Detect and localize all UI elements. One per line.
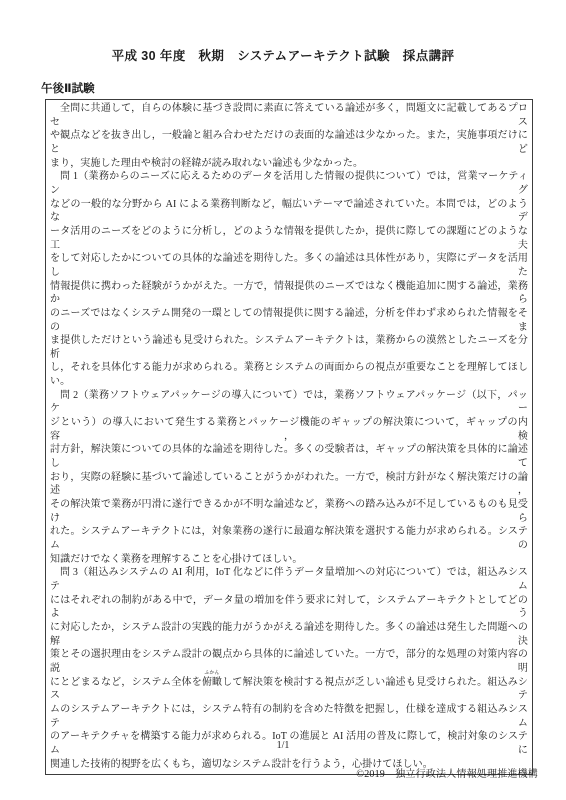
commentary-line: 問 1（業務からのニーズに応えるためのデータを活用した情報の提供について）では，… (50, 170, 528, 197)
commentary-line: や観点などを抜き出し，一般論と組み合わせただけの表面的な論述は少なかった。また，… (50, 129, 528, 156)
commentary-line: 問 2（業務ソフトウェアパッケージの導入について）では，業務ソフトウェアパッケー… (50, 389, 528, 416)
commentary-line: ータ活用のニーズをどのように分析し，どのような情報を提供したか，提供に際しての課… (50, 225, 528, 252)
commentary-line: をして対応したかについての具体的な論述を期待した。多くの論述は具体性があり，実際… (50, 252, 528, 279)
furigana: ふかん (205, 671, 220, 676)
commentary-line: れた。システムアーキテクトには，対象業務の遂行に最適な解決策を選択する能力が求め… (50, 525, 528, 552)
commentary-line: 策とその選択理由をシステム設計の観点から具体的に論述していた。一方で，部分的な処… (50, 648, 528, 675)
commentary-paragraph: 全問に共通して，自らの体験に基づき設問に素直に答えている論述が多く，問題文に記載… (50, 102, 528, 170)
commentary-line: おり，実際の経験に基づいて論述していることがうかがわれた。一方で，検討方針がなく… (50, 471, 528, 498)
commentary-line: ジという）の導入において発生する業務とパッケージ機能のギャップの解決策について，… (50, 416, 528, 443)
page-number: 1/1 (0, 740, 566, 751)
page-title: 平成 30 年度 秋期 システムアーキテクト試験 採点講評 (0, 46, 566, 64)
commentary-line: 討方針，解決策についての具体的な論述を期待した。多くの受験者は，ギャップの解決策… (50, 443, 528, 470)
commentary-paragraph: 問 1（業務からのニーズに応えるためのデータを活用した情報の提供について）では，… (50, 170, 528, 389)
commentary-line: ま提供しただけという論述も見受けられた。システムアーキテクトは，業務からの漠然と… (50, 334, 528, 361)
commentary-line: にはそれぞれの制約がある中で，データ量の増加を伴う要求に対して，システムアーキテ… (50, 594, 528, 621)
commentary-box: 全問に共通して，自らの体験に基づき設問に素直に答えている論述が多く，問題文に記載… (45, 99, 533, 775)
copyright-notice: ©2019 独立行政法人情報処理推進機構 (356, 765, 538, 780)
commentary-line: のニーズではなくシステム開発の一環としての情報提供に関する論述，分析を伴わず求め… (50, 307, 528, 334)
commentary-line: 問 3（組込みシステムの AI 利用，IoT 化などに伴うデータ量増加への対応に… (50, 566, 528, 593)
section-heading-pm2-exam: 午後Ⅱ試験 (41, 80, 95, 96)
commentary-line: し，それを具体化する能力が求められる。業務とシステムの両面からの視点が重要なこと… (50, 361, 528, 388)
commentary-line: に対応したか，システム設計の実践的能力がうかがえる論述を期待した。多くの論述は発… (50, 621, 528, 648)
commentary-line: その解決策で業務が円滑に遂行できるかが不明な論述など，業務への踏み込みが不足して… (50, 498, 528, 525)
commentary-line: まり，実施した理由や検討の経緯が読み取れない論述も少なかった。 (50, 157, 528, 171)
commentary-line: 情報提供に携わった経験がうかがえた。一方で，情報提供のニーズではなく機能追加に関… (50, 280, 528, 307)
commentary-line: にとどまるなど，システム全体をふかん俯瞰して解決策を検討する視点が乏しい論述も見… (50, 676, 528, 703)
commentary-line: などの一般的な分野から AI による業務判断など，幅広いテーマで論述されていた。… (50, 198, 528, 225)
ruby-annotated-word: ふかん俯瞰 (202, 676, 222, 690)
commentary-line: 全問に共通して，自らの体験に基づき設問に素直に答えている論述が多く，問題文に記載… (50, 102, 528, 129)
commentary-line: ムのシステムアーキテクトには，システム特有の制約を含めた特徴を把握し，仕様を達成… (50, 703, 528, 730)
commentary-line: 知識だけでなく業務を理解することを心掛けてほしい。 (50, 553, 528, 567)
commentary-paragraph: 問 2（業務ソフトウェアパッケージの導入について）では，業務ソフトウェアパッケー… (50, 389, 528, 567)
document-page: 平成 30 年度 秋期 システムアーキテクト試験 採点講評 午後Ⅱ試験 全問に共… (0, 0, 566, 800)
